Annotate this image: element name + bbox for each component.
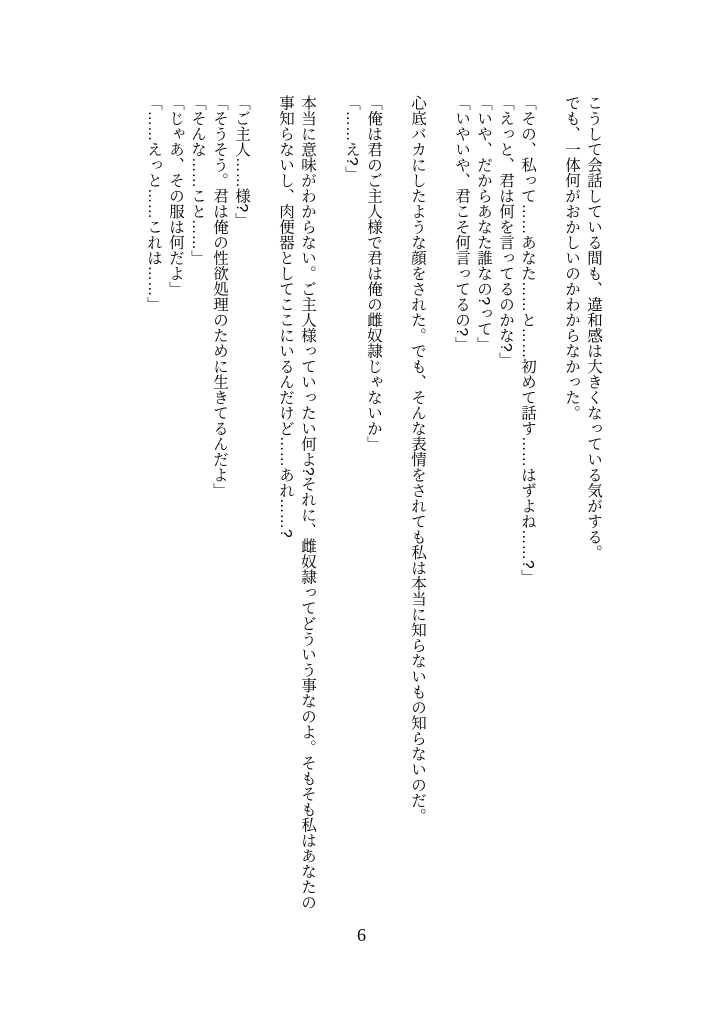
dialogue-line: 「そんな……こと……」 — [186, 95, 208, 930]
dialogue-line: 「……え?」 — [340, 95, 362, 930]
paragraph-gap — [252, 95, 274, 96]
paragraph-gap — [384, 95, 406, 96]
narrative-line: 事知らないし、肉便器としてここにいるんだけど……あれ……? — [274, 95, 296, 930]
paragraph-gap — [538, 95, 560, 96]
dialogue-line: 「いやいや、君こそ何言ってるの?」 — [450, 95, 472, 930]
dialogue-line: 「いや、だからあなた誰なの?って」 — [472, 95, 494, 930]
narrative-line: 本当に意味がわからない。ご主人様っていったい何よ?それに、雌奴隷ってどういう事な… — [296, 95, 318, 930]
dialogue-line: 「じゃあ、その服は何だよ」 — [164, 95, 186, 930]
paragraph-gap — [428, 95, 450, 96]
dialogue-line: 「そうそう。君は俺の性欲処理のために生きてるんだよ」 — [208, 95, 230, 930]
dialogue-line: 「……えっと……これは……」 — [142, 95, 164, 930]
narrative-line: こうして会話している間も、違和感は大きくなっている気がする。 — [582, 95, 604, 930]
dialogue-line: 「えっと、君は何を言ってるのかな?」 — [494, 95, 516, 930]
page-number: 6 — [0, 925, 723, 946]
paragraph-gap — [318, 95, 340, 96]
text-block: こうして会話している間も、違和感は大きくなっている気がする。でも、一体何がおかし… — [142, 95, 604, 930]
narrative-line: 心底バカにしたような顔をされた。でも、そんな表情をされても私は本当に知らないもの… — [406, 95, 428, 930]
narrative-line: でも、一体何がおかしいのかわからなかった。 — [560, 95, 582, 930]
document-page: こうして会話している間も、違和感は大きくなっている気がする。でも、一体何がおかし… — [0, 0, 723, 1024]
dialogue-line: 「俺は君のご主人様で君は俺の雌奴隷じゃないか」 — [362, 95, 384, 930]
dialogue-line: 「ご主人……様?」 — [230, 95, 252, 930]
dialogue-line: 「その、私って……あなた……と……初めて話す……はずよね……?」 — [516, 95, 538, 930]
